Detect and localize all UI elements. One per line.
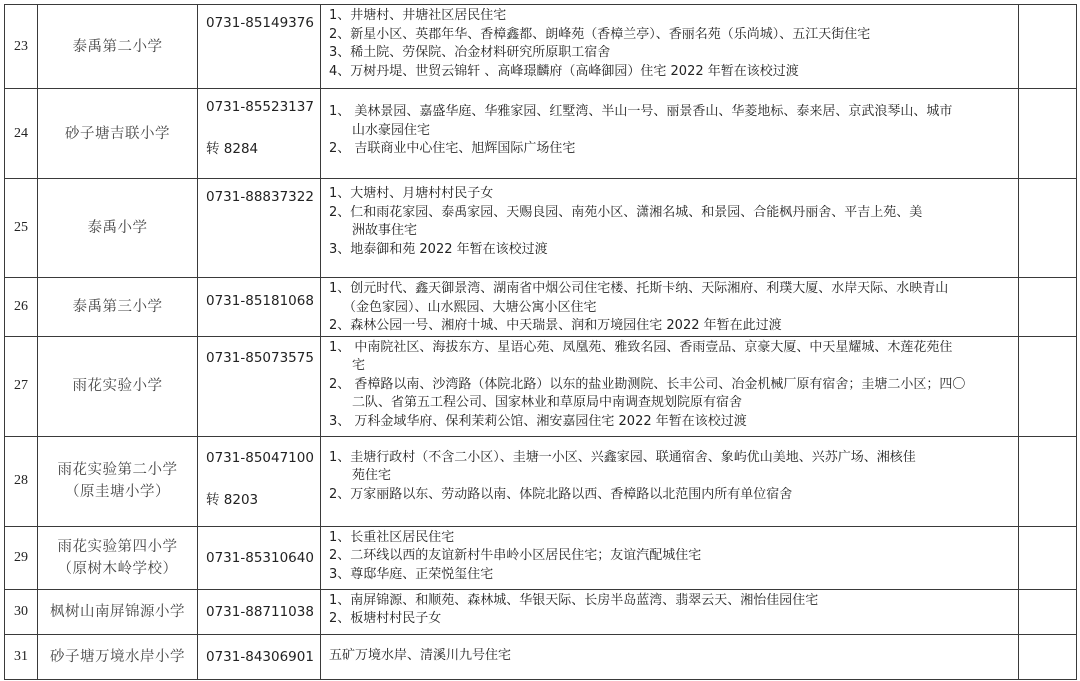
area-line: 2、森林公园一号、湘府十城、中天瑞景、润和万境园住宅 2022 年暂在此过渡: [329, 317, 1012, 336]
phone-number: 0731-85181068: [206, 292, 320, 310]
school-name: 枫树山南屏锦源小学: [38, 589, 198, 634]
area-line: 3、稀土院、劳保院、冶金材料研究所原职工宿舍: [329, 44, 1012, 63]
area-line: 1、大塘村、月塘村村民子女: [329, 185, 1012, 204]
phone-cell: 0731-85310640: [198, 526, 321, 589]
area-line: 1、圭塘行政村（不含二小区）、圭塘一小区、兴鑫家园、联通宿舍、象屿优山美地、兴苏…: [329, 449, 1012, 468]
area-line: 1、 中南院社区、海拔东方、星语心苑、凤凰苑、雅致名园、香雨壹品、京豪大厦、中天…: [329, 339, 1012, 358]
phone-extension: 转 8284: [206, 140, 320, 158]
table-row: 27 雨花实验小学 0731-85073575 1、 中南院社区、海拔东方、星语…: [5, 336, 1077, 436]
phone-number: 0731-85310640: [206, 549, 320, 567]
area-line: 五矿万境水岸、清溪川九号住宅: [329, 647, 1012, 666]
school-name: 雨花实验第四小学 （原树木岭学校）: [38, 526, 198, 589]
school-name: 泰禹第三小学: [38, 278, 198, 337]
phone-cell: 0731-85523137 转 8284: [198, 89, 321, 179]
enrollment-area: 1、圭塘行政村（不含二小区）、圭塘一小区、兴鑫家园、联通宿舍、象屿优山美地、兴苏…: [321, 436, 1019, 526]
remarks-cell: [1019, 634, 1077, 679]
remarks-cell: [1019, 278, 1077, 337]
row-number: 27: [5, 336, 38, 436]
area-line: 1、南屏锦源、和顺苑、森林城、华银天际、长房半岛蓝湾、翡翠云天、湘怡佳园住宅: [329, 592, 1012, 611]
remarks-cell: [1019, 436, 1077, 526]
area-line: 4、万树丹堤、世贸云锦轩 、高峰璟麟府（高峰御园）住宅 2022 年暂在该校过渡: [329, 63, 1012, 82]
table-row: 31 砂子塘万境水岸小学 0731-84306901 五矿万境水岸、清溪川九号住…: [5, 634, 1077, 679]
phone-number: 0731-88711038: [206, 603, 320, 621]
enrollment-area: 1、 中南院社区、海拔东方、星语心苑、凤凰苑、雅致名园、香雨壹品、京豪大厦、中天…: [321, 336, 1019, 436]
phone-cell: 0731-88837322: [198, 179, 321, 278]
school-name: 泰禹第二小学: [38, 5, 198, 89]
school-district-table: 23 泰禹第二小学 0731-85149376 1、井塘村、井塘社区居民住宅 2…: [4, 4, 1077, 680]
area-line: 山水豪园住宅: [329, 122, 1012, 141]
school-name: 砂子塘吉联小学: [38, 89, 198, 179]
remarks-cell: [1019, 89, 1077, 179]
row-number: 25: [5, 179, 38, 278]
table-row: 25 泰禹小学 0731-88837322 1、大塘村、月塘村村民子女 2、仁和…: [5, 179, 1077, 278]
area-line: 2、新星小区、英郡年华、香樟鑫都、朗峰苑（香樟兰亭）、香丽名苑（乐尚城）、五江天…: [329, 26, 1012, 45]
area-line: 2、板塘村村民子女: [329, 610, 1012, 629]
phone-cell: 0731-85047100 转 8203: [198, 436, 321, 526]
remarks-cell: [1019, 5, 1077, 89]
area-line: 3、地泰御和苑 2022 年暂在该校过渡: [329, 241, 1012, 260]
phone-number: 0731-85073575: [206, 349, 320, 367]
area-line: 2、万家丽路以东、劳动路以南、体院北路以西、香樟路以北范围内所有单位宿舍: [329, 486, 1012, 505]
phone-extension: 转 8203: [206, 491, 320, 509]
phone-number: 0731-85047100: [206, 449, 320, 467]
phone-number: 0731-85523137: [206, 98, 320, 116]
phone-cell: 0731-85181068: [198, 278, 321, 337]
area-line: 2、仁和雨花家园、泰禹家园、天赐良园、南苑小区、潇湘名城、和景园、合能枫丹丽舍、…: [329, 204, 1012, 223]
remarks-cell: [1019, 179, 1077, 278]
area-line: 2、二环线以西的友谊新村牛串岭小区居民住宅；友谊汽配城住宅: [329, 547, 1012, 566]
phone-cell: 0731-88711038: [198, 589, 321, 634]
enrollment-area: 五矿万境水岸、清溪川九号住宅: [321, 634, 1019, 679]
enrollment-area: 1、创元时代、鑫天御景湾、湖南省中烟公司住宅楼、托斯卡纳、天际湘府、利璞大厦、水…: [321, 278, 1019, 337]
area-line: 1、井塘村、井塘社区居民住宅: [329, 7, 1012, 26]
school-name: 泰禹小学: [38, 179, 198, 278]
area-line: 1、长重社区居民住宅: [329, 529, 1012, 548]
row-number: 30: [5, 589, 38, 634]
area-line: 二队、省第五工程公司、国家林业和草原局中南调查规划院原有宿舍: [329, 394, 1012, 413]
school-name: 雨花实验小学: [38, 336, 198, 436]
school-name: 砂子塘万境水岸小学: [38, 634, 198, 679]
enrollment-area: 1、南屏锦源、和顺苑、森林城、华银天际、长房半岛蓝湾、翡翠云天、湘怡佳园住宅 2…: [321, 589, 1019, 634]
phone-cell: 0731-85073575: [198, 336, 321, 436]
area-line: 2、 香樟路以南、沙湾路（体院北路）以东的盐业勘测院、长丰公司、冶金机械厂原有宿…: [329, 376, 1012, 395]
area-line: 苑住宅: [329, 467, 1012, 486]
row-number: 31: [5, 634, 38, 679]
enrollment-area: 1、井塘村、井塘社区居民住宅 2、新星小区、英郡年华、香樟鑫都、朗峰苑（香樟兰亭…: [321, 5, 1019, 89]
row-number: 26: [5, 278, 38, 337]
remarks-cell: [1019, 336, 1077, 436]
row-number: 23: [5, 5, 38, 89]
row-number: 28: [5, 436, 38, 526]
row-number: 24: [5, 89, 38, 179]
enrollment-area: 1、 美林景园、嘉盛华庭、华雅家园、红墅湾、半山一号、丽景香山、华菱地标、泰来居…: [321, 89, 1019, 179]
table-row: 26 泰禹第三小学 0731-85181068 1、创元时代、鑫天御景湾、湖南省…: [5, 278, 1077, 337]
remarks-cell: [1019, 589, 1077, 634]
area-line: 1、创元时代、鑫天御景湾、湖南省中烟公司住宅楼、托斯卡纳、天际湘府、利璞大厦、水…: [329, 280, 1012, 299]
phone-number: 0731-84306901: [206, 648, 320, 666]
area-line: 宅: [329, 357, 1012, 376]
area-line: 1、 美林景园、嘉盛华庭、华雅家园、红墅湾、半山一号、丽景香山、华菱地标、泰来居…: [329, 103, 1012, 122]
remarks-cell: [1019, 526, 1077, 589]
area-line: 3、 万科金域华府、保利茉莉公馆、湘安嘉园住宅 2022 年暂在该校过渡: [329, 413, 1012, 432]
enrollment-area: 1、长重社区居民住宅 2、二环线以西的友谊新村牛串岭小区居民住宅；友谊汽配城住宅…: [321, 526, 1019, 589]
phone-cell: 0731-85149376: [198, 5, 321, 89]
area-line: 洲故事住宅: [329, 222, 1012, 241]
table-row: 30 枫树山南屏锦源小学 0731-88711038 1、南屏锦源、和顺苑、森林…: [5, 589, 1077, 634]
enrollment-area: 1、大塘村、月塘村村民子女 2、仁和雨花家园、泰禹家园、天赐良园、南苑小区、潇湘…: [321, 179, 1019, 278]
area-line: （金色家园）、山水熙园、大塘公寓小区住宅: [329, 299, 1012, 318]
phone-cell: 0731-84306901: [198, 634, 321, 679]
phone-number: 0731-85149376: [206, 14, 320, 32]
area-line: 2、 吉联商业中心住宅、旭辉国际广场住宅: [329, 140, 1012, 159]
table-row: 29 雨花实验第四小学 （原树木岭学校） 0731-85310640 1、长重社…: [5, 526, 1077, 589]
phone-number: 0731-88837322: [206, 188, 320, 206]
table-row: 28 雨花实验第二小学 （原圭塘小学） 0731-85047100 转 8203…: [5, 436, 1077, 526]
area-line: 3、尊邸华庭、正荣悦玺住宅: [329, 566, 1012, 585]
table-row: 24 砂子塘吉联小学 0731-85523137 转 8284 1、 美林景园、…: [5, 89, 1077, 179]
school-name: 雨花实验第二小学 （原圭塘小学）: [38, 436, 198, 526]
table-row: 23 泰禹第二小学 0731-85149376 1、井塘村、井塘社区居民住宅 2…: [5, 5, 1077, 89]
row-number: 29: [5, 526, 38, 589]
